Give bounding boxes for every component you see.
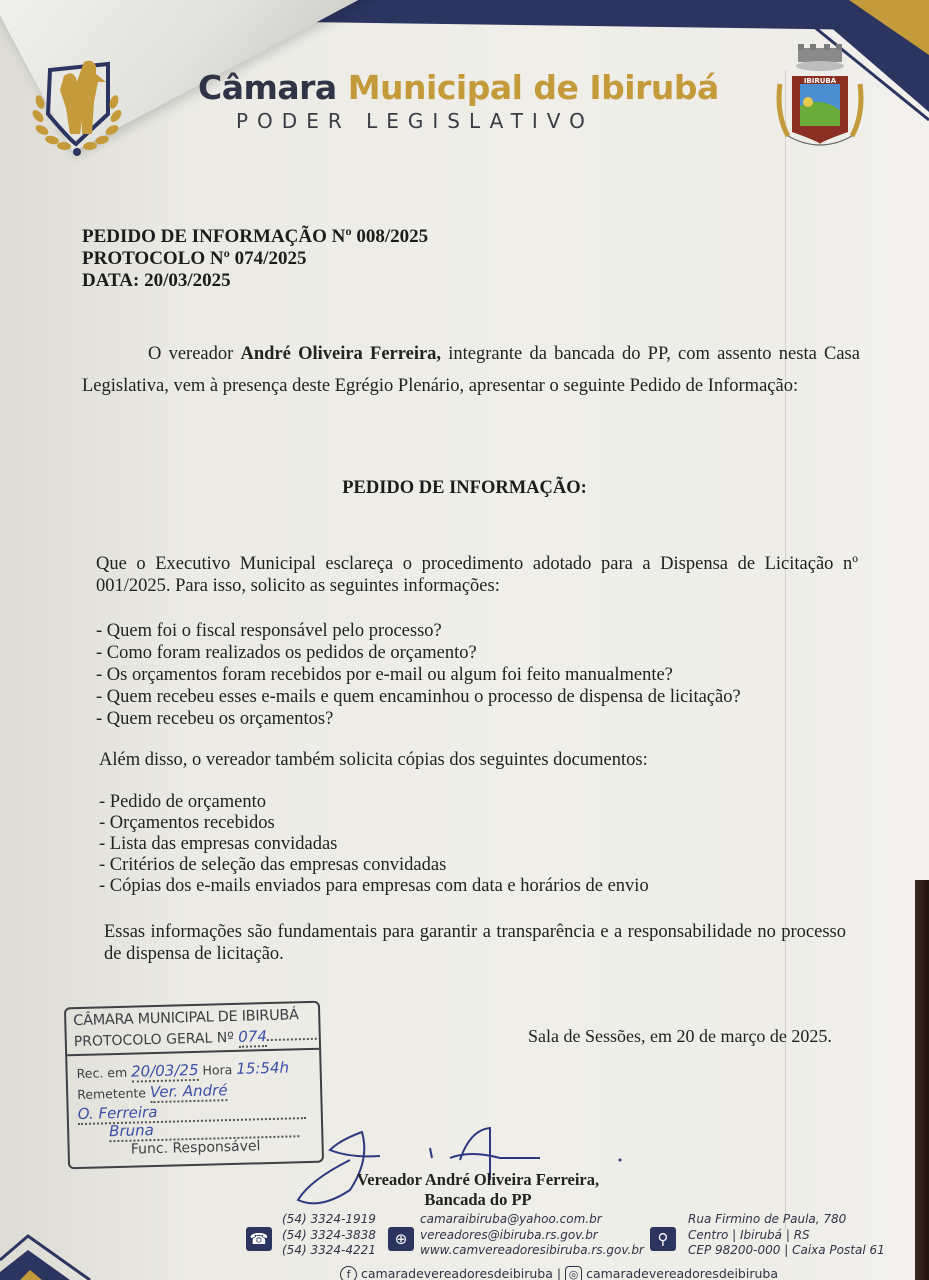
phone-3: (54) 3324-4221 — [282, 1243, 376, 1259]
paper-crease — [785, 70, 786, 1230]
intro-prefix: O vereador — [148, 344, 241, 364]
city-coat-of-arms-icon: IBIRUBÁ — [768, 44, 872, 164]
intro-paragraph: O vereador André Oliveira Ferreira, inte… — [82, 338, 860, 402]
table-edge — [915, 880, 929, 1280]
stamp-received-row: Rec. em 20/03/25 Hora 15:54h — [76, 1059, 289, 1085]
list-item: - Orçamentos recebidos — [99, 813, 649, 834]
document-date: DATA: 20/03/2025 — [82, 270, 428, 292]
letterhead-brand: Câmara Municipal de Ibirubá PODER LEGISL… — [198, 68, 719, 133]
list-item: - Lista das empresas convidadas — [99, 834, 649, 855]
phone-icon: ☎ — [246, 1227, 272, 1251]
list-item: - Critérios de seleção das empresas conv… — [99, 855, 649, 876]
stamp-hora-label: Hora — [202, 1062, 232, 1078]
website-link[interactable]: www.camvereadoresibiruba.rs.gov.br — [420, 1243, 644, 1259]
place-and-date: Sala de Sessões, em 20 de março de 2025. — [528, 1026, 832, 1047]
address-line-1: Rua Firmino de Paula, 780 — [688, 1212, 885, 1228]
location-pin-icon: ⚲ — [650, 1227, 676, 1251]
closing-paragraph: Essas informações são fundamentais para … — [104, 921, 846, 965]
title-dark-part: Câmara — [198, 68, 337, 107]
signer-name: Vereador André Oliveira Ferreira, — [300, 1170, 656, 1190]
stamp-hora-value: 15:54h — [236, 1059, 289, 1078]
list-item: - Como foram realizados os pedidos de or… — [96, 642, 741, 664]
stamp-protocol-value: 074 — [238, 1027, 267, 1048]
stamp-rec-label: Rec. em — [76, 1065, 127, 1081]
social-links: f camaradevereadoresdeibiruba | ◎ camara… — [340, 1266, 778, 1280]
section-title: PEDIDO DE INFORMAÇÃO: — [0, 478, 929, 499]
social-separator: | — [557, 1266, 561, 1280]
stamp-footer: Func. Responsável — [69, 1137, 321, 1160]
address-line-2: Centro | Ibirubá | RS — [688, 1228, 885, 1244]
list-item: - Os orçamentos foram recebidos por e-ma… — [96, 664, 741, 686]
protocol-number: PROTOCOLO Nº 074/2025 — [82, 248, 428, 270]
email-2[interactable]: vereadores@ibiruba.rs.gov.br — [420, 1228, 644, 1244]
document-identification: PEDIDO DE INFORMAÇÃO Nº 008/2025 PROTOCO… — [82, 226, 428, 292]
questions-list: - Quem foi o fiscal responsável pelo pro… — [96, 620, 741, 730]
phone-2: (54) 3324-3838 — [282, 1228, 376, 1244]
instagram-handle[interactable]: camaradevereadoresdeibiruba — [586, 1266, 778, 1280]
footer-contacts: camaraibiruba@yahoo.com.br vereadores@ib… — [420, 1212, 644, 1259]
list-item: - Quem foi o fiscal responsável pelo pro… — [96, 620, 741, 642]
letterhead-title: Câmara Municipal de Ibirubá — [198, 68, 719, 107]
footer-address: Rua Firmino de Paula, 780 Centro | Ibiru… — [688, 1212, 885, 1259]
document-page: Câmara Municipal de Ibirubá PODER LEGISL… — [0, 0, 929, 1280]
documents-intro: Além disso, o vereador também solicita c… — [99, 750, 648, 771]
signer-block: Vereador André Oliveira Ferreira, Bancad… — [300, 1170, 656, 1210]
address-line-3: CEP 98200-000 | Caixa Postal 61 — [688, 1243, 885, 1259]
svg-text:IBIRUBÁ: IBIRUBÁ — [804, 76, 837, 85]
chamber-logo-icon — [20, 52, 132, 157]
stamp-rec-value: 20/03/25 — [131, 1061, 199, 1083]
list-item: - Quem recebeu esses e-mails e quem enca… — [96, 686, 741, 708]
documents-list: - Pedido de orçamento - Orçamentos receb… — [99, 792, 649, 897]
facebook-handle[interactable]: camaradevereadoresdeibiruba — [361, 1266, 553, 1280]
footer-phones: (54) 3324-1919 (54) 3324-3838 (54) 3324-… — [282, 1212, 376, 1259]
facebook-icon: f — [340, 1266, 357, 1280]
list-item: - Cópias dos e-mails enviados para empre… — [99, 876, 649, 897]
request-number: PEDIDO DE INFORMAÇÃO Nº 008/2025 — [82, 226, 428, 248]
signer-party: Bancada do PP — [300, 1190, 656, 1210]
request-paragraph: Que o Executivo Municipal esclareça o pr… — [96, 553, 858, 597]
stamp-sender-label: Remetente — [77, 1085, 146, 1102]
instagram-icon: ◎ — [565, 1266, 582, 1280]
list-item: - Quem recebeu os orçamentos? — [96, 708, 741, 730]
stamp-sender-value: Ver. André — [150, 1081, 228, 1103]
protocol-stamp: CÂMARA MUNICIPAL DE IBIRUBÁ PROTOCOLO GE… — [64, 1001, 324, 1170]
phone-1: (54) 3324-1919 — [282, 1212, 376, 1228]
title-gold-part: Municipal de Ibirubá — [348, 68, 719, 107]
councilor-name: André Oliveira Ferreira, — [241, 344, 442, 364]
globe-icon: ⊕ — [388, 1227, 414, 1251]
stamp-title: CÂMARA MUNICIPAL DE IBIRUBÁ — [73, 1007, 299, 1029]
corner-decoration-bottom — [0, 1220, 100, 1280]
letterhead-subtitle: PODER LEGISLATIVO — [236, 109, 719, 133]
stamp-protocol-label: PROTOCOLO GERAL Nº — [74, 1030, 234, 1050]
email-1[interactable]: camaraibiruba@yahoo.com.br — [420, 1212, 644, 1228]
list-item: - Pedido de orçamento — [99, 792, 649, 813]
